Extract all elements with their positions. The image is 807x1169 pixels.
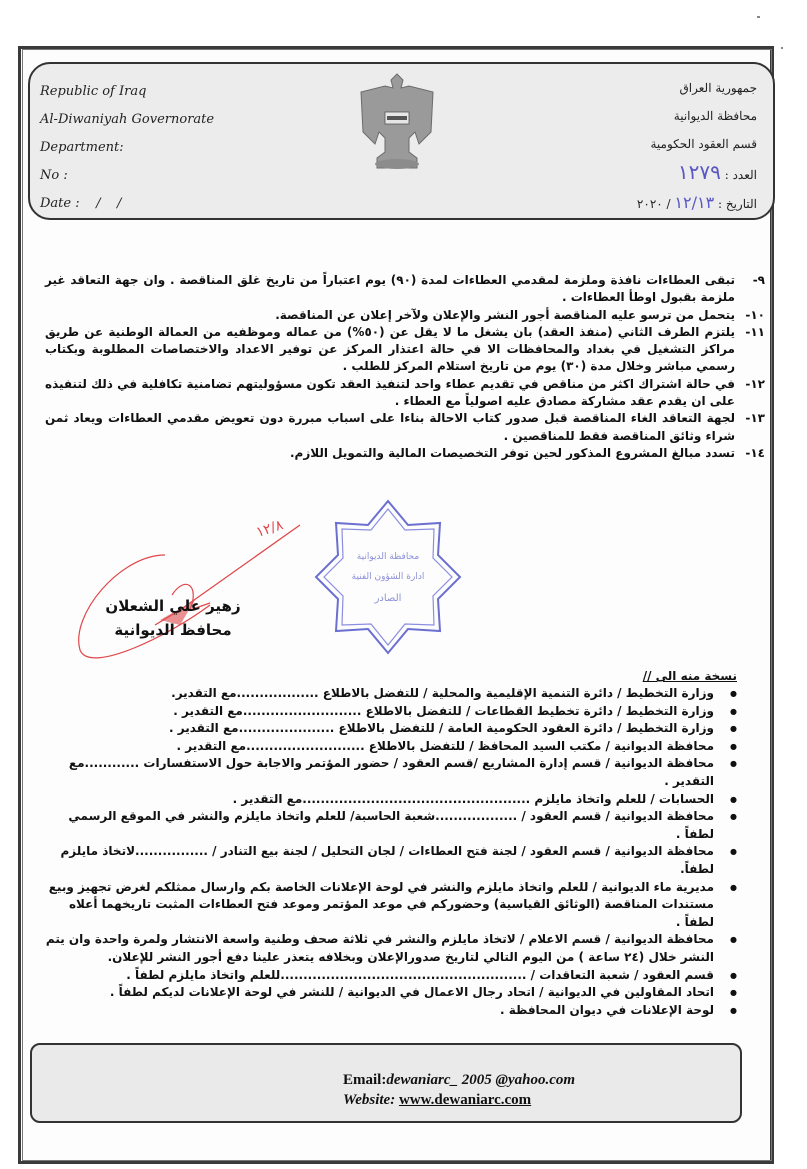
copy-recipient: قسم العقود / شعبة التعاقدات / ..........… bbox=[45, 967, 740, 985]
email-line: Email:dewaniarc_ 2005 @yahoo.com bbox=[343, 1070, 575, 1090]
clause-12: ١٢- في حالة اشتراك اكثر من مناقص في تقدي… bbox=[45, 376, 765, 411]
signatory-name: زهير علي الشعلان bbox=[98, 594, 248, 618]
email-label: Email: bbox=[343, 1072, 386, 1088]
clause-14: ١٤- تسدد مبالغ المشروع المذكور لحين توفر… bbox=[45, 445, 765, 462]
copies-to-heading: نسخة منه الى // bbox=[643, 669, 737, 683]
eagle-emblem-icon bbox=[357, 72, 437, 172]
copy-recipient: محافظة الديوانية / قسم إدارة المشاريع /ق… bbox=[45, 755, 740, 790]
copy-recipient: لوحة الإعلانات في ديوان المحافظة . bbox=[45, 1002, 740, 1020]
clause-13: ١٣- لجهة التعاقد الغاء المناقصة قبل صدور… bbox=[45, 410, 765, 445]
clause-10: ١٠- يتحمل من ترسو عليه المناقصة أجور الن… bbox=[45, 307, 765, 324]
department-en: Department: bbox=[40, 134, 214, 162]
email-link[interactable]: dewaniarc_ 2005 @yahoo.com bbox=[386, 1072, 575, 1088]
website-line: Website: www.dewaniarc.com bbox=[343, 1090, 575, 1110]
copy-recipient: اتحاد المقاولين في الديوانية / اتحاد رجا… bbox=[45, 984, 740, 1002]
scan-speck bbox=[781, 47, 783, 49]
date-ar: التاريخ : ١٢/١٣ / ٢٠٢٠ bbox=[637, 189, 757, 218]
stamp-line-3: الصادر bbox=[374, 593, 402, 604]
handwritten-signature-icon: ١٢/٨ bbox=[60, 515, 310, 670]
number-ar: العدد : ١٢٧٩ bbox=[637, 158, 757, 189]
number-en: No : bbox=[40, 162, 214, 190]
date-year: / ٢٠٢٠ bbox=[637, 197, 671, 211]
copy-recipient: وزارة التخطيط / دائرة تخطيط القطاعات / ل… bbox=[45, 703, 740, 721]
country-ar: جمهورية العراق bbox=[637, 74, 757, 102]
country-en: Republic of Iraq bbox=[40, 78, 214, 106]
official-stamp-icon: محافظة الديوانية ادارة الشؤون الفنية الص… bbox=[312, 497, 464, 657]
copy-recipient: محافظة الديوانية / قسم الاعلام / لاتخاذ … bbox=[45, 931, 740, 966]
tender-clauses: ٩- تبقى العطاءات نافذة وملزمة لمقدمي الع… bbox=[45, 272, 765, 462]
copy-recipient: مديرية ماء الديوانية / للعلم واتخاذ مايل… bbox=[45, 879, 740, 932]
date-label: التاريخ : bbox=[718, 197, 757, 211]
website-label: Website: bbox=[343, 1092, 395, 1108]
copy-recipient: وزارة التخطيط / دائرة التنمية الإقليمية … bbox=[45, 685, 740, 703]
clause-11: ١١- يلتزم الطرف الثاني (منفذ العقد) بان … bbox=[45, 324, 765, 376]
stamp-line-2: ادارة الشؤون الفنية bbox=[352, 572, 425, 582]
handwritten-annotation: ١٢/٨ bbox=[254, 517, 285, 541]
copies-to-list: وزارة التخطيط / دائرة التنمية الإقليمية … bbox=[45, 685, 740, 1019]
number-value: ١٢٧٩ bbox=[678, 160, 721, 184]
signature-block: زهير علي الشعلان محافظ الديوانية bbox=[98, 594, 248, 642]
date-en: Date : / / bbox=[40, 190, 214, 218]
website-link[interactable]: www.dewaniarc.com bbox=[399, 1092, 531, 1108]
department-ar: قسم العقود الحكومية bbox=[637, 130, 757, 158]
number-label: العدد : bbox=[725, 168, 757, 182]
governorate-ar: محافظة الديوانية bbox=[637, 102, 757, 130]
copy-recipient: الحسابات / للعلم واتخاذ مايلزم .........… bbox=[45, 791, 740, 809]
stamp-line-1: محافظة الديوانية bbox=[357, 552, 420, 562]
copy-recipient: محافظة الديوانية / قسم العقود / ........… bbox=[45, 808, 740, 843]
scan-speck bbox=[757, 16, 760, 18]
governorate-en: Al-Diwaniyah Governorate bbox=[40, 106, 214, 134]
copy-recipient: محافظة الديوانية / مكتب السيد المحافظ / … bbox=[45, 738, 740, 756]
copy-recipient: وزارة التخطيط / دائرة العقود الحكومية ال… bbox=[45, 720, 740, 738]
signatory-title: محافظ الديوانية bbox=[98, 618, 248, 642]
clause-9: ٩- تبقى العطاءات نافذة وملزمة لمقدمي الع… bbox=[45, 272, 765, 307]
letterhead-arabic: جمهورية العراق محافظة الديوانية قسم العق… bbox=[637, 74, 757, 218]
date-value: ١٢/١٣ bbox=[674, 193, 714, 212]
footer-contact: Email:dewaniarc_ 2005 @yahoo.com Website… bbox=[343, 1070, 575, 1110]
letterhead-english: Republic of Iraq Al-Diwaniyah Governorat… bbox=[40, 78, 214, 218]
copy-recipient: محافظة الديوانية / قسم العقود / لجنة فتح… bbox=[45, 843, 740, 878]
